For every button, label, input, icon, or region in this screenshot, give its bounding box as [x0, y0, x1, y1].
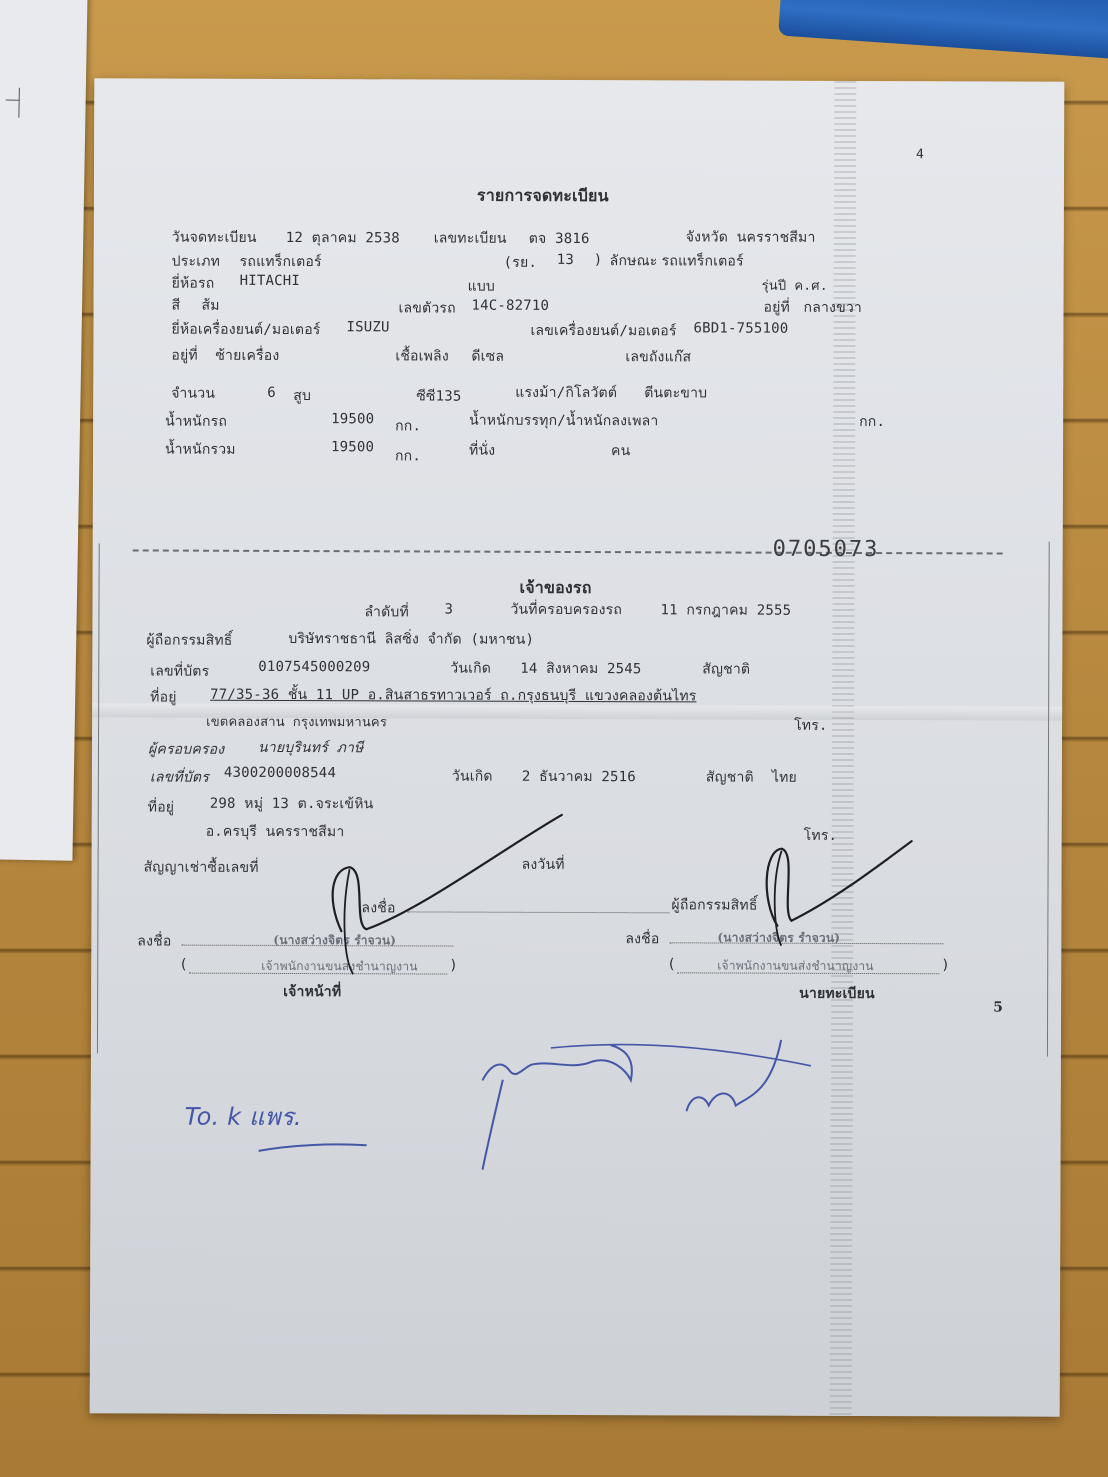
- fuel-label: เชื้อเพลิง: [395, 345, 449, 367]
- registrar-open-paren: (: [667, 956, 676, 972]
- owner-title: เจ้าของรถ: [520, 576, 592, 601]
- holder-tel-label: โทร.: [794, 715, 828, 737]
- reg-date-label: วันจดทะเบียน: [172, 227, 257, 249]
- weight: 19500: [331, 411, 374, 427]
- officer-sign-label: ลงชื่อ: [137, 930, 171, 952]
- cylinders-unit: สูบ: [293, 385, 311, 407]
- registrar-stamp-role: เจ้าพนักงานขนส่งชำนาญงาน: [717, 956, 874, 976]
- seats-label: ที่นั่ง: [469, 440, 495, 462]
- color: ส้ม: [202, 295, 220, 317]
- page-number-bottom: 5: [993, 999, 1003, 1015]
- possessor-birth: 2 ธันวาคม 2516: [522, 766, 636, 788]
- chassis-loc-label: อยู่ที่: [763, 297, 790, 319]
- possessor: นายบุรินทร์ ภาษี: [258, 737, 364, 759]
- possessor-birth-label: วันเกิด: [452, 766, 493, 788]
- engine-no-label: เลขเครื่องยนต์/มอเตอร์: [530, 320, 676, 343]
- power: ตีนตะขาบ: [644, 382, 707, 404]
- possessor-label: ผู้ครอบครอง: [148, 739, 224, 761]
- handwritten-note: To. k แพร.: [185, 1097, 302, 1136]
- color-label: สี: [172, 295, 181, 317]
- registrar-stamp-name: (นางสว่างจิตร รำจวน): [717, 928, 840, 947]
- plate: ตจ 3816: [529, 228, 590, 250]
- holder-id-label: เลขที่บัตร: [150, 661, 209, 683]
- holder: บริษัทราชธานี ลิสซิ่ง จำกัด (มหาชน): [288, 628, 534, 651]
- registrar-role: นายทะเบียน: [799, 983, 875, 1005]
- seq: 3: [444, 602, 453, 618]
- possess-date-label: วันที่ครอบครองรถ: [510, 599, 622, 621]
- possessor-id: 4300200008544: [224, 765, 336, 781]
- province-label: จังหวัด: [686, 226, 728, 248]
- chassis: 14C-82710: [472, 298, 550, 314]
- holder-label: ผู้ถือกรรมสิทธิ์: [146, 629, 232, 651]
- frame-line-right: [1047, 542, 1050, 1057]
- registration-title: รายการจดทะเบียน: [477, 184, 609, 209]
- model-label: แบบ: [468, 276, 495, 298]
- officer-stamp-name: (นางสว่างจิตร รำจวน): [273, 931, 396, 950]
- officer-role: เจ้าหน้าที่: [283, 981, 341, 1003]
- possessor-nat-label: สัญชาติ: [706, 766, 754, 788]
- chassis-loc: กลางขวา: [803, 297, 862, 319]
- possessor-addr-line2: อ.ครบุรี นครราชสีมา: [206, 821, 345, 843]
- ry-label: (รย.: [504, 252, 537, 274]
- background-paper: [0, 0, 88, 861]
- ry: 13: [557, 252, 574, 268]
- lease-label: สัญญาเช่าซื้อเลขที่: [144, 856, 259, 878]
- brand-label: ยี่ห้อรถ: [172, 273, 215, 295]
- weight-unit: กก.: [395, 415, 421, 437]
- type-label: ประเภท: [172, 251, 220, 273]
- chassis-label: เลขตัวรถ: [398, 297, 455, 319]
- gross-unit: กก.: [395, 445, 421, 467]
- signature-strokes: [90, 78, 1065, 1416]
- brand: HITACHI: [240, 273, 300, 289]
- province: นครราชสีมา: [737, 227, 816, 249]
- page-number-top: 4: [916, 147, 924, 162]
- power-label: แรงม้า/กิโลวัตต์: [515, 382, 617, 404]
- style: รถแทร็กเตอร์: [662, 250, 744, 272]
- weight-label: น้ำหนักรถ: [165, 411, 227, 433]
- fuel: ดีเซล: [471, 346, 504, 368]
- scanner-streak: [830, 81, 857, 1416]
- registrar-close-paren: ): [941, 957, 950, 973]
- engine-loc: ซ้ายเครื่อง: [215, 345, 279, 367]
- seq-label: ลำดับที่: [364, 601, 409, 623]
- gross-label: น้ำหนักรวม: [165, 439, 236, 461]
- load-label: น้ำหนักบรรทุก/น้ำหนักลงเพลา: [469, 410, 658, 433]
- holder-sign-line: [407, 911, 669, 913]
- reg-date: 12 ตุลาคม 2538: [286, 227, 400, 249]
- registrar-sign-label: ลงชื่อ: [625, 928, 659, 950]
- cylinders-label: จำนวน: [171, 383, 215, 405]
- style-label: ลักษณะ: [610, 250, 658, 272]
- type: รถแทร็กเตอร์: [240, 251, 322, 273]
- holder-birth-label: วันเกิด: [450, 658, 491, 680]
- officer-stamp-role: เจ้าพนักงานขนส่งชำนาญงาน: [261, 957, 418, 977]
- cylinders: 6: [267, 385, 276, 401]
- holder-addr-line1: 77/35-36 ชั้น 11 UP อ.สินสาธรทาวเวอร์ ถ.…: [210, 684, 696, 708]
- gas-tank-label: เลขถังแก๊ส: [625, 346, 691, 368]
- possessor-nat: ไทย: [772, 767, 797, 789]
- cc: ซีซี135: [416, 385, 461, 407]
- holder-id: 0107545000209: [258, 659, 370, 675]
- holder-nat-label: สัญชาติ: [702, 658, 750, 680]
- plate-label: เลขทะเบียน: [434, 227, 507, 249]
- serial-number: 0705073: [773, 537, 880, 562]
- load-unit: กก.: [859, 411, 885, 433]
- officer-close-paren: ): [449, 958, 458, 974]
- engine-loc-label: อยู่ที่: [171, 345, 198, 367]
- frame-line-left: [97, 543, 100, 1053]
- holder-addr-label: ที่อยู่: [150, 687, 177, 709]
- engine-brand-label: ยี่ห้อเครื่องยนต์/มอเตอร์: [171, 319, 320, 342]
- lease-date-label: ลงวันที่: [522, 854, 565, 876]
- holder-sign-label: ลงชื่อ: [361, 897, 395, 919]
- ry-close: ): [594, 252, 603, 268]
- engine-no: 6BD1-755100: [693, 320, 788, 336]
- year-label: รุ่นปี ค.ศ.: [762, 275, 828, 296]
- possessor-tel-label: โทร.: [804, 825, 838, 847]
- seats-unit: คน: [611, 440, 630, 462]
- holder-addr-line2: เขตคลองสาน กรุงเทพมหานคร: [206, 711, 387, 733]
- possess-date: 11 กรกฎาคม 2555: [660, 599, 791, 621]
- possessor-id-label: เลขที่บัตร: [150, 767, 209, 789]
- vehicle-registration-document: 4 รายการจดทะเบียน วันจดทะเบียน 12 ตุลาคม…: [90, 78, 1065, 1416]
- holder-birth: 14 สิงหาคม 2545: [520, 658, 641, 680]
- possessor-addr-line1: 298 หมู่ 13 ต.จระเข้หิน: [210, 793, 374, 816]
- officer-open-paren: (: [179, 957, 188, 973]
- holder-sign-role: ผู้ถือกรรมสิทธิ์: [671, 894, 757, 916]
- possessor-addr-label: ที่อยู่: [148, 797, 175, 819]
- engine-brand: ISUZU: [346, 319, 389, 335]
- gross: 19500: [331, 439, 374, 455]
